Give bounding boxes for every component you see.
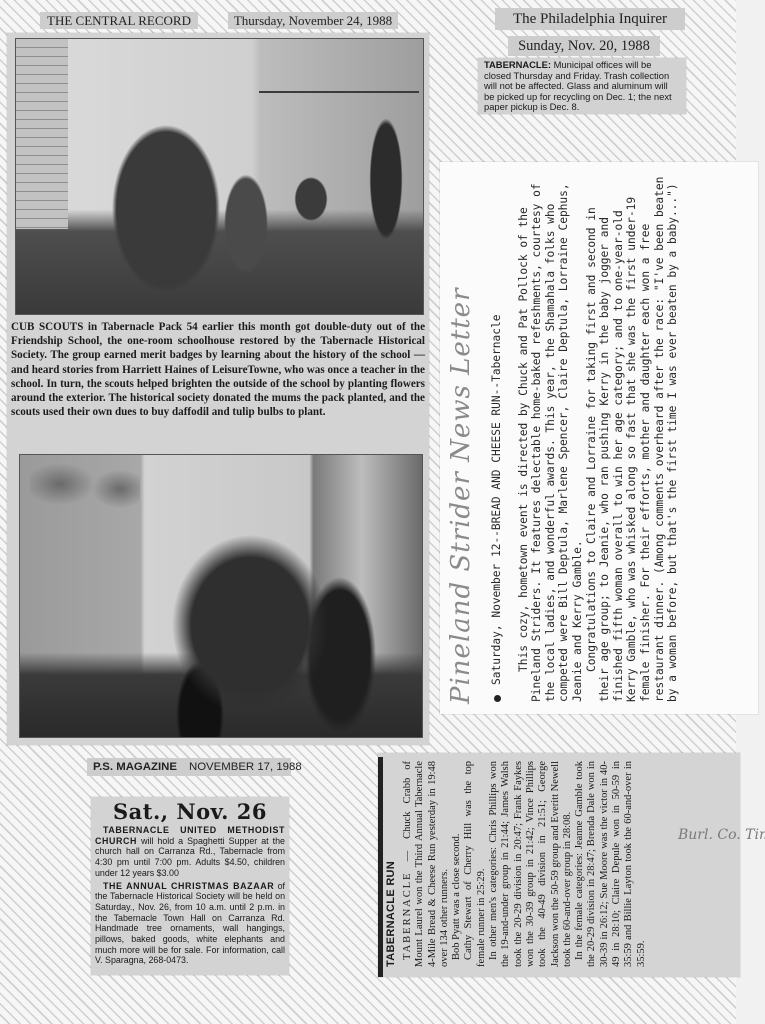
christmas-bazaar-lead: THE ANNUAL CHRISTMAS BAZAAR	[103, 881, 274, 891]
bullet-icon	[494, 695, 501, 702]
ps-magazine-date: NOVEMBER 17, 1988	[189, 761, 302, 773]
scouts-group-photo	[19, 454, 423, 738]
bct-dateline: TABERNACLE —	[402, 839, 413, 960]
newsletter-paragraph-1: This cozy, hometown event is directed by…	[517, 172, 585, 702]
burlington-times-clipping: TABERNACLE RUN TABERNACLE — Chuck Crabb …	[378, 753, 740, 977]
central-record-date: Thursday, November 24, 1988	[228, 12, 398, 29]
central-record-clipping: CUB SCOUTS in Tabernacle Pack 54 earlier…	[7, 33, 429, 745]
inquirer-notice: TABERNACLE: Municipal offices will be cl…	[478, 58, 686, 114]
ps-magazine-clipping: Sat., Nov. 26 TABERNACLE UNITED METHODIS…	[91, 797, 289, 975]
burlington-times-handwritten-label: Burl. Co. Times	[678, 827, 765, 843]
newsletter-paragraph-2: Congratulations to Claire and Lorraine f…	[585, 172, 680, 702]
christmas-bazaar-body: of the Tabernacle Historical Society wil…	[95, 881, 285, 966]
ps-magazine-name: P.S. MAGAZINE	[93, 761, 177, 773]
ps-magazine-masthead: P.S. MAGAZINENOVEMBER 17, 1988	[87, 758, 291, 776]
newsletter-article: Saturday, November 12--BREAD AND CHEESE …	[490, 172, 680, 702]
scouts-planting-photo	[15, 38, 424, 315]
inquirer-masthead: The Philadelphia Inquirer	[495, 8, 685, 30]
ps-event-date-title: Sat., Nov. 26	[95, 799, 285, 825]
bct-paragraph-3: Cathy Stewart of Cherry Hill was the top…	[463, 761, 488, 967]
headline-rule	[378, 757, 383, 977]
newsletter-rotated-content: Pineland Strider News Letter Saturday, N…	[440, 162, 758, 714]
bct-paragraph-2: Bob Pyatt was a close second.	[451, 761, 463, 967]
schoolhouse-siding	[16, 39, 68, 229]
newsletter-headline: Saturday, November 12--BREAD AND CHEESE …	[490, 315, 503, 685]
bct-paragraph-4: In other men's categories: Chris Phillip…	[488, 761, 574, 967]
fence-rail	[259, 91, 419, 93]
spaghetti-supper-item: TABERNACLE UNITED METHODIST CHURCH will …	[95, 825, 285, 879]
newsletter-clipping: Pineland Strider News Letter Saturday, N…	[440, 162, 758, 714]
burlington-times-article: TABERNACLE — Chuck Crabb of Mount Laurel…	[402, 761, 648, 967]
central-record-masthead: THE CENTRAL RECORD	[40, 12, 198, 29]
bct-paragraph-5: In the female categories: Jeanne Gamble …	[574, 761, 648, 967]
burlington-times-rotated-content: TABERNACLE RUN TABERNACLE — Chuck Crabb …	[378, 753, 740, 977]
newsletter-handwritten-label: Pineland Strider News Letter	[446, 287, 476, 704]
christmas-bazaar-item: THE ANNUAL CHRISTMAS BAZAAR of the Taber…	[95, 881, 285, 967]
inquirer-date: Sunday, Nov. 20, 1988	[508, 36, 660, 56]
burlington-times-headline: TABERNACLE RUN	[385, 861, 397, 967]
inquirer-notice-lead: TABERNACLE:	[484, 59, 551, 70]
bct-paragraph-1: TABERNACLE — Chuck Crabb of Mount Laurel…	[402, 761, 451, 967]
bare-tree	[30, 459, 140, 519]
scouts-photo-caption: CUB SCOUTS in Tabernacle Pack 54 earlier…	[11, 320, 425, 419]
